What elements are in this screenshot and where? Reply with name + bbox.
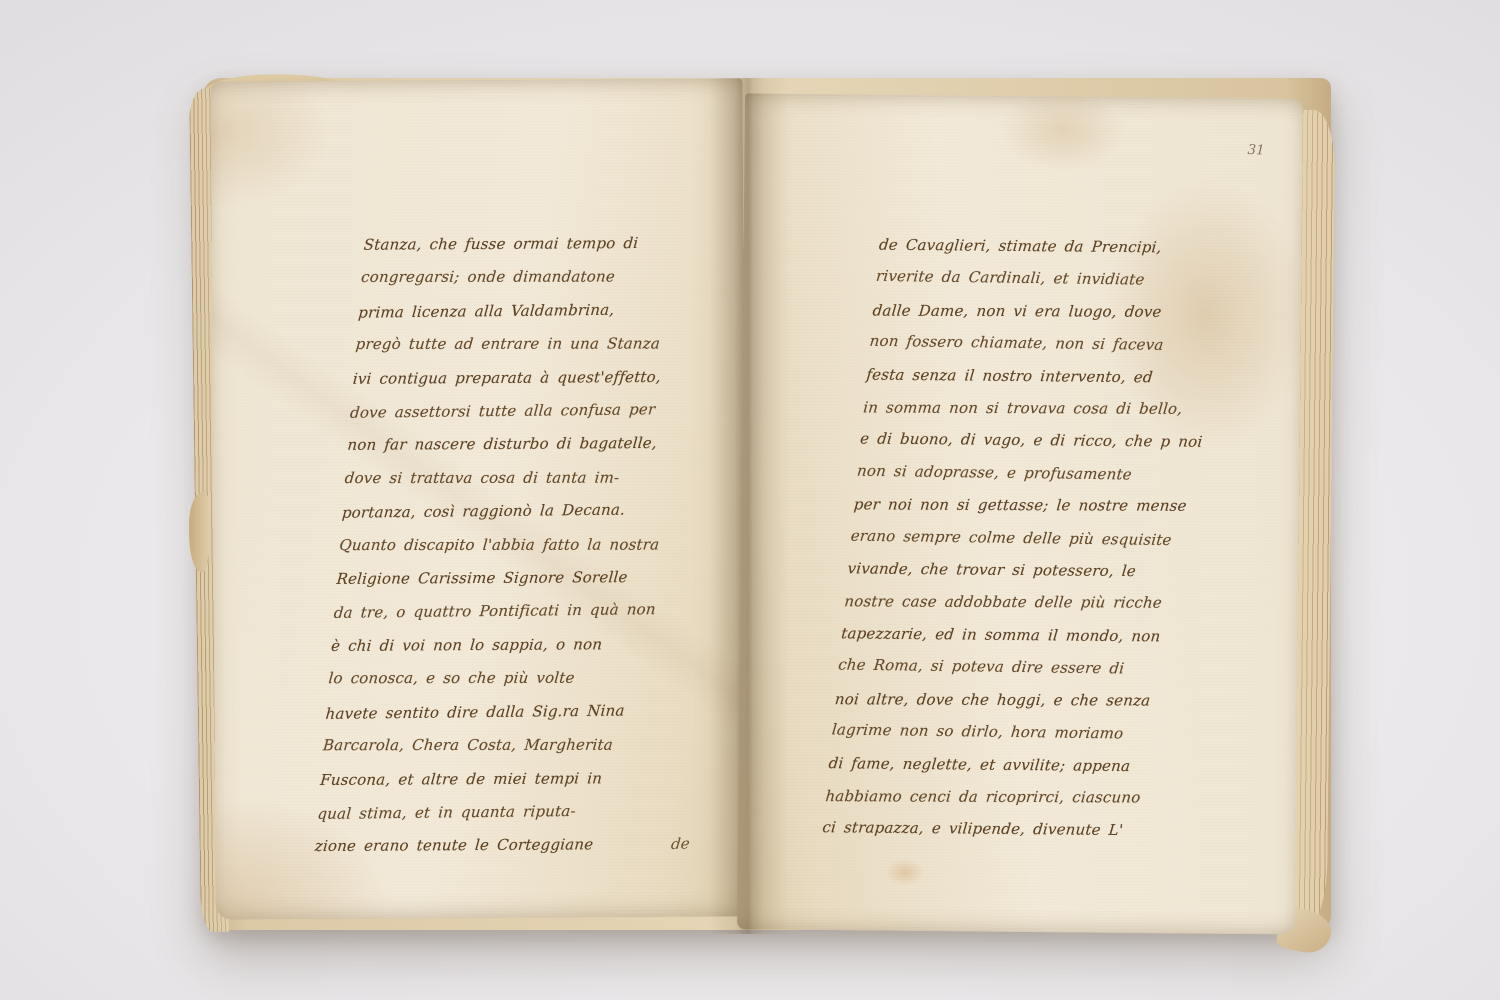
manuscript-line: lo conosca, e so che più volte xyxy=(327,662,682,696)
page-number: 31 xyxy=(1247,142,1265,159)
right-page-text-block: de Cavaglieri, stimate da Prencipi, rive… xyxy=(821,229,1243,848)
manuscript-line: erano sempre colme delle più esquisite xyxy=(849,519,1214,556)
photo-background: Stanza, che fusse ormai tempo di congreg… xyxy=(0,0,1500,1000)
manuscript-line: da tre, o quattro Pontificati in quà non xyxy=(333,593,688,630)
manuscript-line: non si adoprasse, e profusamente xyxy=(856,455,1221,492)
manuscript-line: Religione Carissime Signore Sorelle xyxy=(335,561,690,597)
manuscript-line: habbiamo cenci da ricoprirci, ciascuno xyxy=(824,780,1189,814)
manuscript-line: in somma non si trovava cosa di bello, xyxy=(862,391,1227,425)
manuscript-line: non far nascere disturbo di bagatelle, xyxy=(346,427,701,463)
manuscript-line: portanza, così raggionò la Decana. xyxy=(341,493,696,530)
left-page: Stanza, che fusse ormai tempo di congreg… xyxy=(210,78,747,919)
manuscript-line: Barcarola, Chera Costa, Margherita xyxy=(322,729,677,763)
manuscript-line: tapezzarie, ed in somma il mondo, non xyxy=(840,617,1205,653)
manuscript-line: prima licenza alla Valdambrina, xyxy=(357,292,712,329)
manuscript-line: zione erano tenute le Corteggiane xyxy=(313,828,668,864)
deckle-tab-left xyxy=(189,492,209,572)
manuscript-line: è chi di voi non lo sappia, o non xyxy=(330,628,685,664)
manuscript-line: vivande, che trovar si potessero, le xyxy=(846,552,1211,588)
manuscript-line: dove si trattava cosa di tanta im- xyxy=(343,461,698,495)
catchword: de xyxy=(670,834,690,853)
manuscript-line: de Cavaglieri, stimate da Prencipi, xyxy=(878,229,1243,265)
manuscript-line: dalle Dame, non vi era luogo, dove xyxy=(871,294,1236,328)
manuscript-line: festa senza il nostro intervento, ed xyxy=(865,358,1230,394)
manuscript-line: pregò tutte ad entrare in una Stanza xyxy=(354,328,709,362)
right-page: 31 de Cavaglieri, stimate da Prencipi, r… xyxy=(737,93,1303,934)
manuscript-line: Quanto discapito l'abbia fatto la nostra xyxy=(338,528,693,562)
open-manuscript-book: Stanza, che fusse ormai tempo di congreg… xyxy=(193,72,1343,940)
manuscript-line: non fossero chiamate, non si faceva xyxy=(868,325,1233,362)
manuscript-line: riverite da Cardinali, et invidiate xyxy=(874,260,1239,297)
manuscript-line: per noi non si gettasse; le nostre mense xyxy=(852,489,1217,523)
manuscript-line: ivi contigua preparata à quest'effetto, xyxy=(352,360,707,396)
manuscript-line: qual stima, et in quanta riputa- xyxy=(316,794,671,831)
manuscript-line: che Roma, si poteva dire essere di xyxy=(837,649,1202,686)
manuscript-line: di fame, neglette, et avvilite; appena xyxy=(827,747,1192,783)
manuscript-line: lagrime non so dirlo, hora moriamo xyxy=(830,714,1195,751)
manuscript-line: Fuscona, et altre de miei tempi in xyxy=(319,761,674,797)
left-page-text-block: Stanza, che fusse ormai tempo di congreg… xyxy=(313,227,717,864)
manuscript-line: ci strapazza, e vilipende, divenute L' xyxy=(821,811,1186,847)
manuscript-line: nostre case addobbate delle più ricche xyxy=(843,586,1208,620)
manuscript-line: dove assettorsi tutte alla confusa per xyxy=(349,393,704,430)
manuscript-line: congregarsi; onde dimandatone xyxy=(360,261,715,295)
manuscript-line: noi altre, dove che hoggi, e che senza xyxy=(833,683,1198,717)
manuscript-line: e di buono, di vago, e di ricco, che p n… xyxy=(859,423,1224,459)
manuscript-line: havete sentito dire dalla Sig.ra Nina xyxy=(324,694,679,731)
manuscript-line: Stanza, che fusse ormai tempo di xyxy=(362,227,717,263)
